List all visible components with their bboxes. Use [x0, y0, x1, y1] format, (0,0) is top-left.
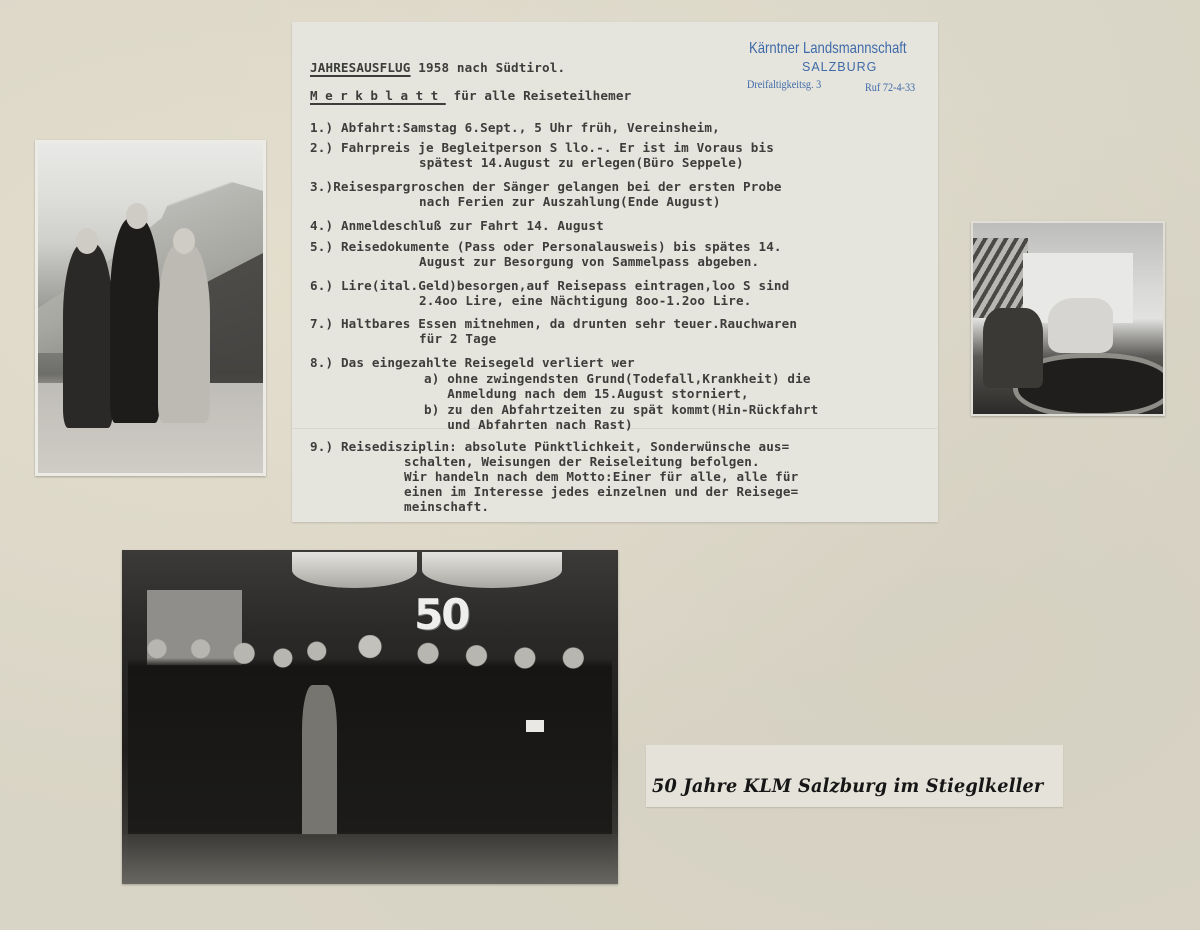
- caption-strip: 50 Jahre KLM Salzburg im Stieglkeller: [646, 745, 1063, 807]
- list-item-continuation: schalten, Weisungen der Reiseleitung bef…: [404, 454, 760, 469]
- list-item-continuation: und Abfahrten nach Rast): [424, 417, 633, 432]
- photo-fountain: [971, 221, 1165, 416]
- photo-anniversary-group: 50: [122, 550, 618, 884]
- armband: [526, 720, 544, 732]
- list-item: 7.) Haltbares Essen mitnehmen, da drunte…: [310, 316, 797, 331]
- staircase: [973, 238, 1028, 318]
- list-item: 8.) Das eingezahlte Reisegeld verliert w…: [310, 355, 635, 370]
- photo-mountain-trio: [35, 140, 266, 476]
- list-item-continuation: 2.4oo Lire, eine Nächtigung 8oo-1.2oo Li…: [419, 293, 751, 308]
- list-item-continuation: Wir handeln nach dem Motto:Einer für all…: [404, 469, 798, 484]
- list-item-continuation: für 2 Tage: [419, 331, 496, 346]
- person-middle: [110, 218, 160, 423]
- list-item: 6.) Lire(ital.Geld)besorgen,auf Reisepas…: [310, 278, 789, 293]
- list-item-continuation: b) zu den Abfahrtzeiten zu spät kommt(Hi…: [424, 402, 818, 417]
- typed-info-sheet: JAHRESAUSFLUG 1958 nach Südtirol. Merkbl…: [292, 22, 938, 522]
- person-right: [1048, 298, 1113, 353]
- drape: [422, 552, 562, 588]
- list-item: 1.) Abfahrt:Samstag 6.Sept., 5 Uhr früh,…: [310, 120, 720, 135]
- stamp-organization: Kärntner Landsmannschaft: [749, 40, 907, 58]
- list-item-continuation: Anmeldung nach dem 15.August storniert,: [424, 386, 749, 401]
- person-right: [158, 243, 210, 423]
- drape: [292, 552, 417, 588]
- list-item: 9.) Reisedisziplin: absolute Pünktlichke…: [310, 439, 789, 454]
- subtitle-rest: für alle Reiseteilhemer: [453, 88, 631, 103]
- caption-text: 50 Jahre KLM Salzburg im Stieglkeller: [652, 775, 1043, 797]
- list-item-continuation: August zur Besorgung von Sammelpass abge…: [419, 254, 759, 269]
- subtitle-merkblatt: Merkblatt: [310, 88, 446, 103]
- head-left: [76, 228, 98, 254]
- stamp-address: Dreifaltigkeitsg. 3: [747, 77, 821, 92]
- list-item-continuation: spätest 14.August zu erlegen(Büro Seppel…: [419, 155, 744, 170]
- list-item-continuation: a) ohne zwingendsten Grund(Todefall,Kran…: [424, 371, 811, 386]
- head-right: [173, 228, 195, 254]
- person-left: [983, 308, 1043, 388]
- title-rest: 1958 nach Südtirol.: [411, 60, 566, 75]
- stamp-phone: Ruf 72-4-33: [865, 80, 915, 95]
- anniversary-sign: 50: [414, 590, 468, 639]
- floor: [122, 834, 618, 884]
- head-middle: [126, 203, 148, 229]
- group-of-men: [128, 635, 612, 865]
- person-left: [63, 243, 113, 428]
- list-item-continuation: nach Ferien zur Auszahlung(Ende August): [419, 194, 721, 209]
- list-item-continuation: einen im Interesse jedes einzelnen und d…: [404, 484, 798, 499]
- sheet-title: JAHRESAUSFLUG 1958 nach Südtirol.: [310, 60, 565, 75]
- album-page: JAHRESAUSFLUG 1958 nach Südtirol. Merkbl…: [0, 0, 1200, 930]
- list-item: 3.)Reisespargroschen der Sänger gelangen…: [310, 179, 782, 194]
- list-item-continuation: meinschaft.: [404, 499, 489, 514]
- title-underlined: JAHRESAUSFLUG: [310, 60, 411, 75]
- stamp-city: SALZBURG: [802, 60, 877, 74]
- list-item: 2.) Fahrpreis je Begleitperson S llo.-. …: [310, 140, 774, 155]
- sheet-subtitle: Merkblatt für alle Reiseteilhemer: [310, 88, 631, 103]
- list-item: 5.) Reisedokumente (Pass oder Personalau…: [310, 239, 782, 254]
- list-item: 4.) Anmeldeschluß zur Fahrt 14. August: [310, 218, 604, 233]
- person-grey-suit: [302, 685, 337, 835]
